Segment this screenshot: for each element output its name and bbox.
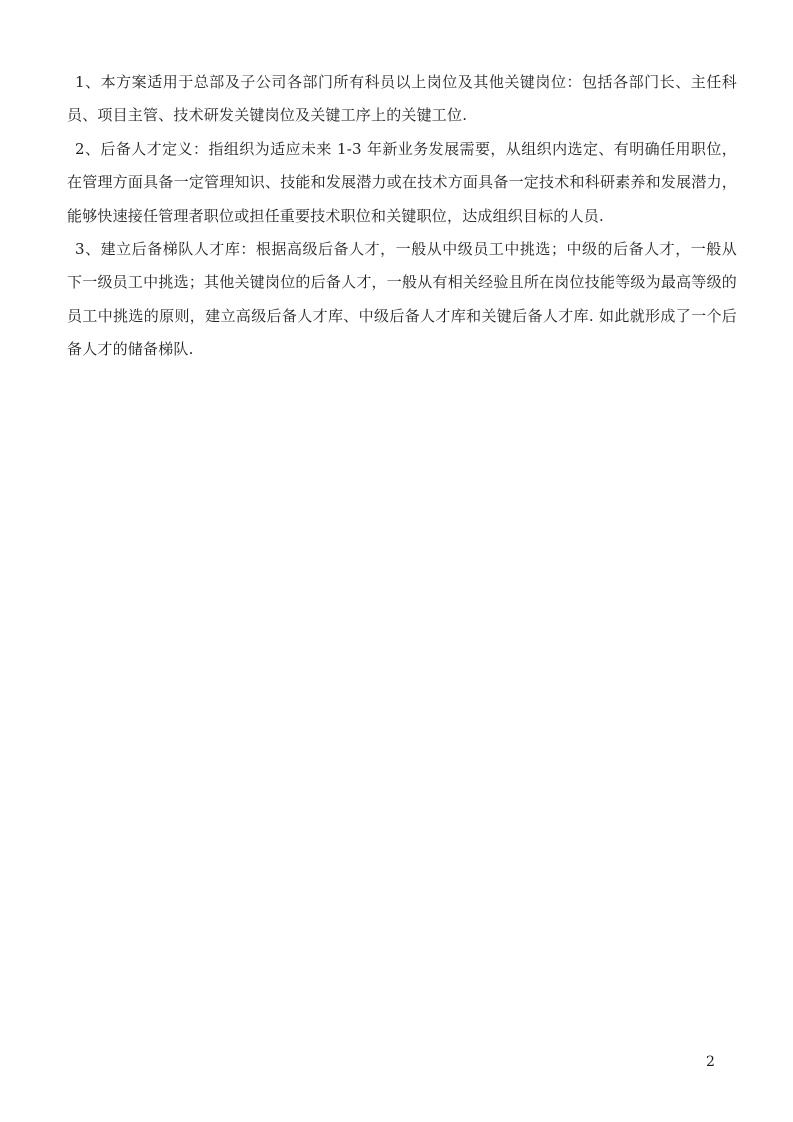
document-body: 1、本方案适用于总部及子公司各部门所有科员以上岗位及其他关键岗位：包括各部门长、…	[67, 66, 737, 367]
paragraph-3: 3、建立后备梯队人才库：根据高级后备人才，一般从中级员工中挑选；中级的后备人才，…	[67, 233, 737, 367]
page-number: 2	[706, 1054, 715, 1070]
page-footer: 2	[0, 1054, 793, 1074]
document-page: 1、本方案适用于总部及子公司各部门所有科员以上岗位及其他关键岗位：包括各部门长、…	[0, 0, 793, 1122]
paragraph-2: 2、后备人才定义：指组织为适应未来 1-3 年新业务发展需要，从组织内选定、有明…	[67, 133, 737, 233]
paragraph-1: 1、本方案适用于总部及子公司各部门所有科员以上岗位及其他关键岗位：包括各部门长、…	[67, 66, 737, 133]
